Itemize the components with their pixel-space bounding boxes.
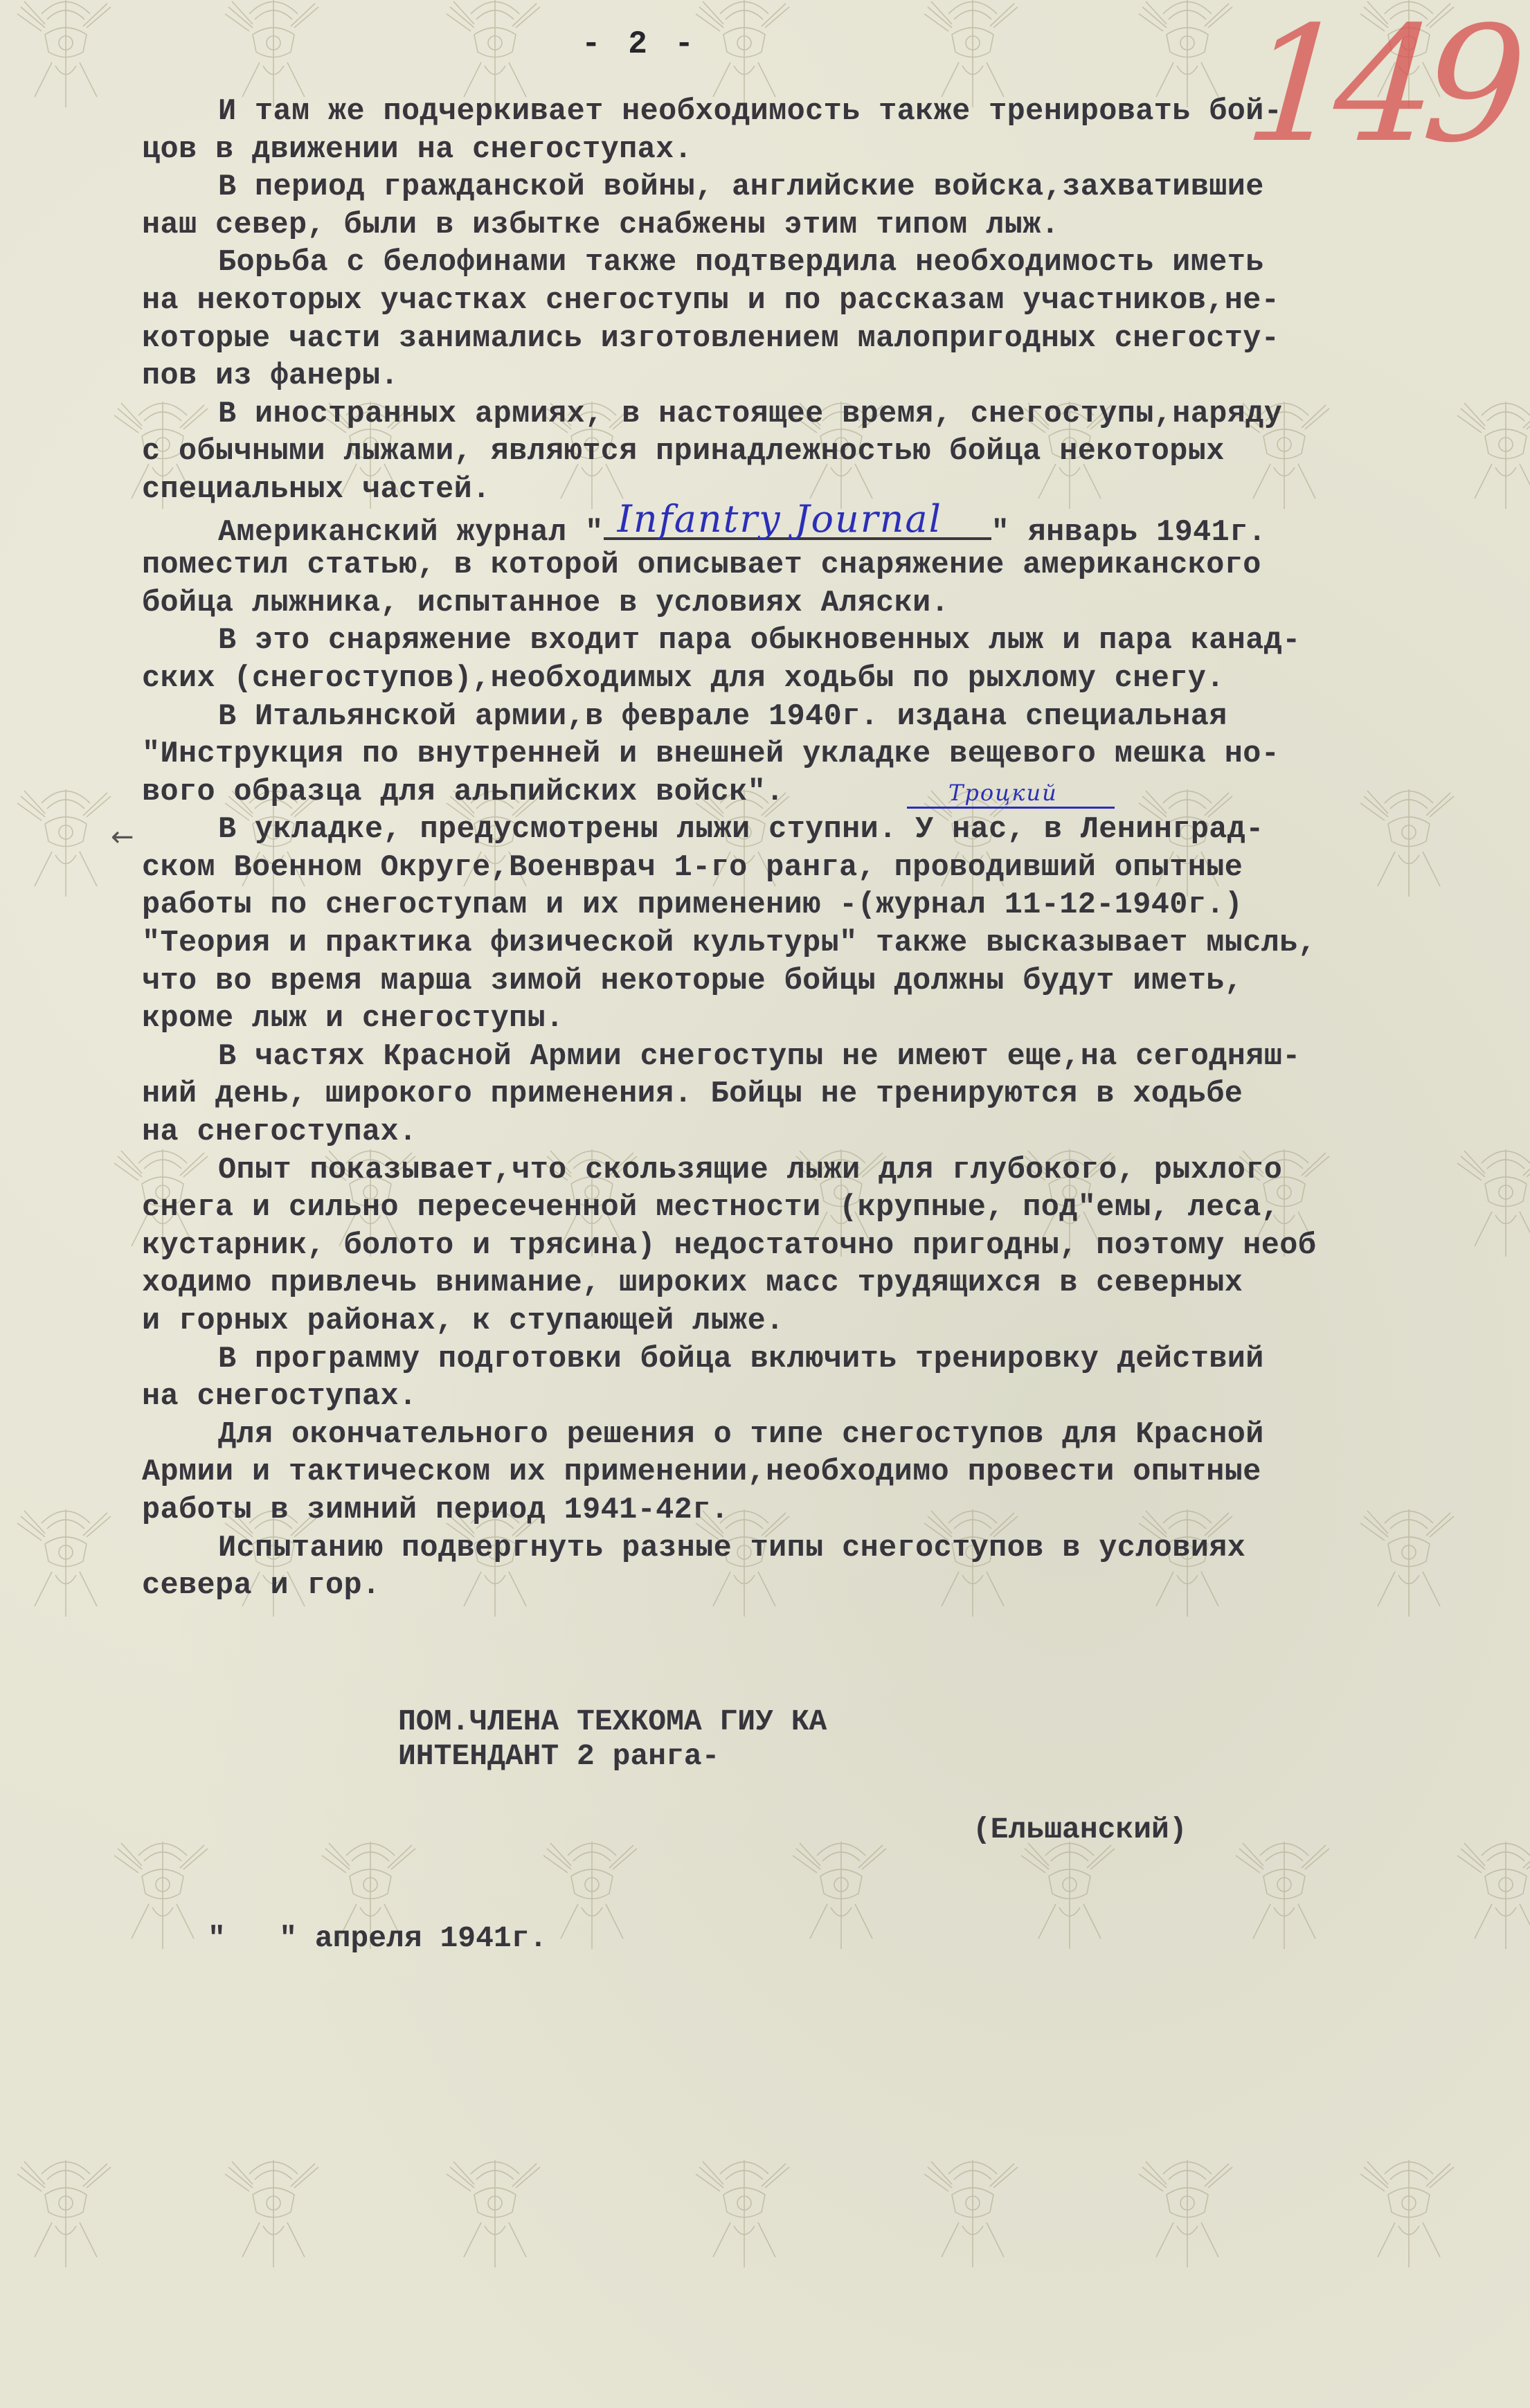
paragraph-line: В программу подготовки бойца включить тр…	[142, 1341, 1499, 1379]
watermark-emblem-icon	[921, 2146, 1025, 2278]
paragraph-line: которые части занимались изготовлением м…	[142, 321, 1499, 359]
paragraph-line: работы в зимний период 1941-42г.	[142, 1492, 1499, 1530]
document-date: " " апреля 1941г.	[208, 1921, 547, 1955]
paragraph-line: В это снаряжение входит пара обыкновенны…	[142, 622, 1499, 661]
paragraph-line: Опыт показывает,что скользящие лыжи для …	[142, 1152, 1499, 1190]
paragraph-line: с обычными лыжами, являются принадлежнос…	[142, 433, 1499, 471]
paragraph-line: поместил статью, в которой описывает сна…	[142, 547, 1499, 585]
watermark-emblem-icon	[1135, 2146, 1239, 2278]
paragraph-line: ходимо привлечь внимание, широких масс т…	[142, 1265, 1499, 1303]
paragraph-line: В Итальянской армии,в феврале 1940г. изд…	[142, 699, 1499, 737]
paragraph-line: работы по снегоступам и их применению -(…	[142, 887, 1499, 925]
watermark-emblem-icon	[540, 1828, 644, 1959]
paragraph-line: цов в движении на снегоступах.	[142, 132, 1499, 170]
watermark-emblem-icon	[14, 775, 118, 907]
handwritten-insert-caret	[907, 807, 1115, 809]
paragraph-line: кустарник, болото и трясина) недостаточн…	[142, 1228, 1499, 1266]
paragraph-line: пов из фанеры.	[142, 358, 1499, 396]
paragraph-line: ний день, широкого применения. Бойцы не …	[142, 1076, 1499, 1114]
paragraph-line: ских (снегоступов),необходимых для ходьб…	[142, 661, 1499, 699]
paragraph-line: "Теория и практика физической культуры" …	[142, 925, 1499, 963]
paragraph-line: Армии и тактическом их применении,необхо…	[142, 1454, 1499, 1492]
watermark-emblem-icon	[111, 1828, 215, 1959]
paragraph-line: Для окончательного решения о типе снегос…	[142, 1417, 1499, 1455]
paragraph-line: В укладке, предусмотрены лыжи ступни. У …	[142, 811, 1499, 850]
paragraph-line: ском Военном Округе,Военврач 1-го ранга,…	[142, 850, 1499, 888]
paragraph-line: наш север, были в избытке снабжены этим …	[142, 207, 1499, 245]
paragraph-line: кроме лыж и снегоступы.	[142, 1000, 1499, 1039]
handwritten-journal-title: Infantry Journal	[618, 501, 942, 539]
paragraph-line: и горных районах, к ступающей лыже.	[142, 1303, 1499, 1341]
paragraph-line: В период гражданской войны, английские в…	[142, 169, 1499, 207]
page-number: - 2 -	[582, 26, 698, 62]
watermark-emblem-icon	[222, 2146, 325, 2278]
watermark-emblem-icon	[1454, 1828, 1530, 1959]
signature-title-line2: ИНТЕНДАНТ 2 ранга-	[398, 1739, 719, 1773]
watermark-emblem-icon	[1357, 2146, 1461, 2278]
paragraph-line: на снегоступах.	[142, 1114, 1499, 1152]
watermark-emblem-icon	[14, 0, 118, 118]
watermark-emblem-icon	[1018, 1828, 1122, 1959]
paragraph-line: "Инструкция по внутренней и внешней укла…	[142, 736, 1499, 774]
journal-title-blank: Infantry Journal	[604, 510, 991, 540]
paragraph-line: В частях Красной Армии снегоступы не име…	[142, 1039, 1499, 1077]
paragraph-line: бойца лыжника, испытанное в условиях Аля…	[142, 585, 1499, 623]
paragraph-line: на некоторых участках снегоступы и по ра…	[142, 282, 1499, 321]
paragraph-line: Испытанию подвергнуть разные типы снегос…	[142, 1530, 1499, 1568]
signature-title-line1: ПОМ.ЧЛЕНА ТЕХКОМА ГИУ КА	[398, 1705, 827, 1738]
margin-arrow-icon: ←	[111, 821, 134, 853]
watermark-emblem-icon	[14, 2146, 118, 2278]
paragraph-line: В иностранных армиях, в настоящее время,…	[142, 396, 1499, 434]
document-body: И там же подчеркивает необходимость такж…	[142, 93, 1499, 1606]
watermark-emblem-icon	[1232, 1828, 1336, 1959]
paragraph-line: снега и сильно пересеченной местности (к…	[142, 1189, 1499, 1228]
paragraph-line: на снегоступах.	[142, 1378, 1499, 1417]
paragraph-line: севера и гор.	[142, 1567, 1499, 1606]
handwritten-insert-name: Троцкий	[948, 780, 1058, 806]
signer-name: (Ельшанский)	[973, 1813, 1187, 1847]
watermark-emblem-icon	[692, 2146, 796, 2278]
paragraph-line: вого образца для альпийских войск".	[142, 774, 1499, 812]
paragraph-line: Американский журнал "Infantry Journal" я…	[142, 510, 1499, 548]
watermark-emblem-icon	[14, 1495, 118, 1627]
paragraph-line: И там же подчеркивает необходимость такж…	[142, 93, 1499, 132]
signature-title: ПОМ.ЧЛЕНА ТЕХКОМА ГИУ КА ИНТЕНДАНТ 2 ран…	[398, 1705, 827, 1774]
paragraph-line: что во время марша зимой некоторые бойцы…	[142, 963, 1499, 1001]
watermark-emblem-icon	[789, 1828, 893, 1959]
paragraph-line: Борьба с белофинами также подтвердила не…	[142, 244, 1499, 282]
watermark-emblem-icon	[443, 2146, 547, 2278]
